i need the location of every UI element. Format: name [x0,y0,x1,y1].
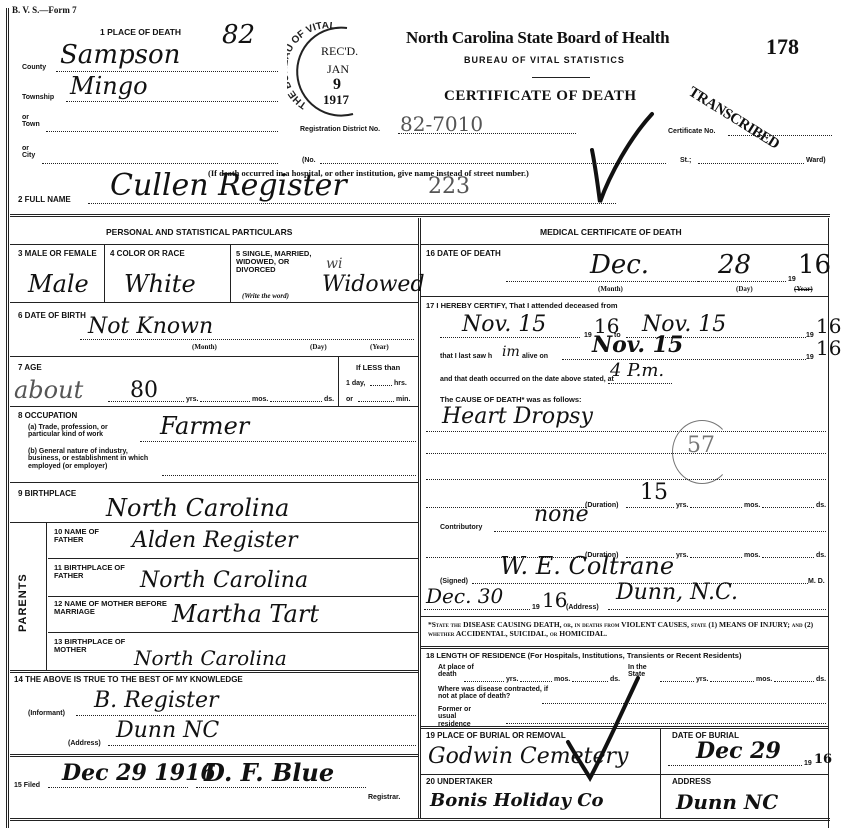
age-days-field[interactable] [270,390,322,402]
stamp-month: JAN [327,62,349,77]
min-label: min. [396,396,410,403]
informant-label: (Informant) [28,710,65,717]
dod-month-value: Dec. [590,250,649,280]
rule [46,522,47,670]
received-stamp: THE BUREAU OF VITAL REC'D. JAN 9 1917 [287,22,377,118]
mother-birthplace-value[interactable]: North Carolina [134,646,287,670]
age-months-field[interactable] [200,390,250,402]
cause-field-2[interactable] [426,440,826,454]
marital-label: 5 SINGLE, MARRIED, WIDOWED, OR DIVORCED [236,250,320,274]
dod-century: 19 [788,276,796,283]
dob-field[interactable]: Not Known [80,320,414,340]
rule [420,296,828,297]
signed-date-value: Dec. 30 [426,584,503,608]
dob-day-label: (Day) [310,344,327,351]
at-place-yrs-field[interactable] [464,674,504,682]
undertaker-value[interactable]: Bonis Holiday Co [430,790,604,811]
race-label: 4 COLOR OR RACE [110,250,185,258]
father-birthplace-label: 11 BIRTHPLACE OF FATHER [54,564,134,580]
one-day-label: 1 day, [346,380,365,387]
town-field[interactable] [46,118,278,132]
full-name-number: 223 [428,174,470,199]
registration-district-value: 82-7010 [400,112,483,136]
registration-district-label: Registration District No. [300,126,380,133]
st-label: St.; [680,157,691,164]
township-label: Township [22,94,54,101]
town-label: or Town [22,114,42,129]
title-rule [532,77,590,78]
informant-value: B. Register [94,688,219,713]
occupation-label: 8 OCCUPATION [18,412,77,420]
contributory-mos-label: mos. [744,552,760,559]
in-state-yrs-label: yrs. [696,676,708,683]
parents-label: PARENTS [18,573,30,632]
last-seen-label: that I last saw h [440,353,492,360]
age-prefix: about [14,376,83,404]
or-label: or [346,396,353,403]
stamp-year: 1917 [323,92,349,108]
form-right-border [828,218,829,828]
in-state-ds-field[interactable] [774,674,814,682]
residence-label: 18 LENGTH OF RESIDENCE (For Hospitals, I… [426,652,741,660]
signed-year: 16 [542,588,567,612]
rule [10,244,418,245]
address-field[interactable]: Dunn, N.C. [608,594,826,610]
less-than-label: If LESS than [356,364,400,372]
checkmark-icon [560,672,650,782]
registrar-label: Registrar. [368,794,400,801]
address-label: (Address) [566,604,599,611]
in-state-mos-field[interactable] [710,674,754,682]
contributory-mos-field[interactable] [690,546,742,558]
dod-day-value: 28 [718,250,751,280]
filed-date-value: Dec 29 1916 [62,760,216,786]
burial-year: 16 [814,752,832,767]
in-state-mos-label: mos. [756,676,772,683]
county-field[interactable]: Sampson [56,48,278,72]
stamp-label: REC'D. [321,44,358,59]
contributory-label: Contributory [440,524,482,531]
duration-ds-label: ds. [816,502,826,509]
last-seen-field[interactable]: Nov. 15 [562,346,806,360]
birthplace-value[interactable]: North Carolina [106,494,289,522]
full-name-value: Cullen Register [110,168,347,203]
last-seen-date: Nov. 15 [592,332,683,358]
dod-year-label: (Year) [794,286,813,293]
informant-address-label: (Address) [68,740,101,747]
death-time-value: 4 P.m. [610,360,664,381]
age-years-value: 80 [130,378,158,403]
bureau-title: BUREAU OF VITAL STATISTICS [464,56,625,65]
ward-label: Ward) [806,157,826,164]
last-seen-pronoun: im [502,344,520,360]
dob-month-label: (Month) [192,344,217,351]
at-place-yrs-label: yrs. [506,676,518,683]
rule [230,244,231,302]
former-residence-label: Former or usual residence [438,706,488,728]
occupation-a-label: (a) Trade, profession, or particular kin… [28,424,138,439]
transcribed-stamp: TRANSCRIBED [685,84,782,153]
contributory-yrs-label: yrs. [676,552,688,559]
hrs-label: hrs. [394,380,407,387]
rule [10,754,418,757]
burial-century: 19 [804,760,812,767]
duration-yrs-label: yrs. [676,502,688,509]
death-time-label: and that death occurred on the date abov… [440,376,614,383]
full-name-label: 2 FULL NAME [18,196,71,204]
at-place-mos-field[interactable] [520,674,552,682]
alive-on-label: alive on [522,353,548,360]
dod-day-label: (Day) [736,286,753,293]
cause-field-1[interactable]: Heart Dropsy [426,418,826,432]
mother-name-value[interactable]: Martha Tart [172,600,319,628]
rule [48,632,418,633]
mother-name-label: 12 NAME OF MOTHER BEFORE MARRIAGE [54,600,172,616]
duration-label: (Duration) [585,502,618,509]
occupation-a-field[interactable]: Farmer [140,428,416,442]
informant-address-field[interactable]: Dunn NC [108,732,416,746]
rule [420,646,828,649]
contracted-label: Where was disease contracted, if not at … [438,686,554,701]
township-value: Mingo [70,72,148,100]
contributory-field[interactable]: none [494,518,826,532]
rule [338,356,339,406]
full-name-field[interactable]: Cullen Register 223 [88,180,616,204]
city-label: or City [22,145,42,160]
city-field[interactable] [42,150,278,164]
attended-from-century: 19 [584,332,592,339]
registrar-field[interactable]: D. F. Blue [196,772,366,788]
dod-month-label: (Month) [598,286,623,293]
contributory-ds-label: ds. [816,552,826,559]
county-value: Sampson [60,40,180,70]
form-left-border [6,8,9,828]
record-number: 178 [766,34,799,60]
undertaker-address-value[interactable]: Dunn NC [676,790,778,814]
rule [420,616,828,617]
attended-from-value: Nov. 15 [462,312,546,337]
duration-years-value: 15 [640,480,668,505]
last-seen-century: 19 [806,354,814,361]
duration-mos-field[interactable] [690,496,742,508]
dob-year-label: (Year) [370,344,389,351]
rule [660,728,661,818]
duration-years-field[interactable]: 15 [626,494,674,508]
undertaker-label: 20 UNDERTAKER [426,778,493,786]
certificate-no-label: Certificate No. [668,128,715,135]
attended-to-year: 16 [816,314,841,338]
age-yrs-label: yrs. [186,396,198,403]
personal-section-title: PERSONAL AND STATISTICAL PARTICULARS [106,228,292,237]
attended-to-century: 19 [806,332,814,339]
certificate-title: CERTIFICATE OF DEATH [444,88,637,105]
registration-district-field[interactable]: 82-7010 [398,118,576,134]
rule [48,558,418,559]
signed-century: 19 [532,604,540,611]
page-annotation: 82 [222,20,255,50]
age-years-field[interactable]: 80 [108,384,184,402]
rule [10,522,418,523]
duration-mos-label: mos. [744,502,760,509]
form-id: B. V. S.—Form 7 [12,6,77,15]
in-state-yrs-field[interactable] [660,674,694,682]
in-state-ds-label: ds. [816,676,826,683]
sex-value[interactable]: Male [28,270,89,298]
dob-label: 6 DATE OF BIRTH [18,312,86,320]
board-title: North Carolina State Board of Health [406,28,669,48]
dod-day-field[interactable]: 28 [698,266,786,282]
medical-section-title: MEDICAL CERTIFICATE OF DEATH [540,228,682,237]
dod-year-value[interactable]: 16 [798,250,831,280]
undertaker-address-label: ADDRESS [672,778,711,786]
informant-statement: 14 THE ABOVE IS TRUE TO THE BEST OF MY K… [14,676,243,684]
age-mos-label: mos. [252,396,268,403]
informant-address-value: Dunn NC [116,718,219,743]
filed-date-field[interactable]: Dec 29 1916 [48,772,188,788]
duration-ds-field[interactable] [762,496,814,508]
rule [10,670,418,673]
father-birthplace-value[interactable]: North Carolina [140,568,308,593]
no-label: (No. [302,157,316,164]
md-label: M. D. [808,578,825,585]
burial-place-label: 19 PLACE OF BURIAL OR REMOVAL [426,732,566,740]
certificate-no-field[interactable] [728,124,832,136]
rule [10,406,418,407]
header-bottom-rule [10,214,830,217]
certify-label: 17 I HEREBY CERTIFY, That I attended dec… [426,302,618,310]
rule [10,482,418,483]
signed-date-field[interactable]: Dec. 30 [424,594,530,610]
form-bottom-rule [10,818,830,821]
attended-from-field[interactable]: Nov. 15 [440,322,580,338]
informant-field[interactable]: B. Register [76,700,416,716]
hours-field[interactable] [370,374,392,386]
county-label: County [22,64,46,71]
cause-value: Heart Dropsy [442,404,593,429]
ward-field[interactable] [698,152,804,164]
sex-label: 3 MALE OR FEMALE [18,250,98,258]
footnote: *State the DISEASE CAUSING DEATH, or, in… [428,620,828,638]
marital-hint: (Write the word) [242,293,289,300]
signed-value: W. E. Coltrane [500,552,674,580]
race-value[interactable]: White [124,270,196,298]
father-name-label: 10 NAME OF FATHER [54,528,126,544]
dob-value: Not Known [88,314,213,339]
marital-correction: wi [326,256,342,272]
rule [48,596,418,597]
filed-label: 15 Filed [14,782,40,789]
burial-date-field[interactable]: Dec 29 [668,752,802,766]
rule [10,302,418,303]
registrar-value: D. F. Blue [204,758,334,787]
contributory-ds-field[interactable] [762,546,814,558]
contributory-value: none [534,502,589,527]
rule [104,244,105,302]
place-of-death-heading: 1 PLACE OF DEATH [100,28,181,37]
dod-label: 16 DATE OF DEATH [426,250,501,258]
birthplace-label: 9 BIRTHPLACE [18,490,76,498]
occupation-b-field[interactable] [162,468,416,476]
cause-label: The CAUSE OF DEATH* was as follows: [440,396,582,404]
age-label: 7 AGE [18,364,42,372]
father-name-value[interactable]: Alden Register [132,528,298,553]
address-value: Dunn, N.C. [616,580,738,605]
marital-value[interactable]: Widowed [322,272,425,297]
death-time-field[interactable]: 4 P.m. [608,370,672,384]
rule [10,356,418,357]
former-residence-field[interactable] [506,716,826,724]
rule [420,244,828,245]
minutes-field[interactable] [358,390,394,402]
mother-birthplace-label: 13 BIRTHPLACE OF MOTHER [54,638,134,654]
occupation-b-label: (b) General nature of industry, business… [28,448,162,470]
cause-field-3[interactable] [426,466,826,480]
township-field[interactable]: Mingo [66,78,278,102]
burial-date-value: Dec 29 [696,738,781,764]
occupation-a-value: Farmer [160,412,249,440]
last-seen-year: 16 [816,336,841,360]
dod-month-field[interactable]: Dec. [506,266,698,282]
age-ds-label: ds. [324,396,334,403]
